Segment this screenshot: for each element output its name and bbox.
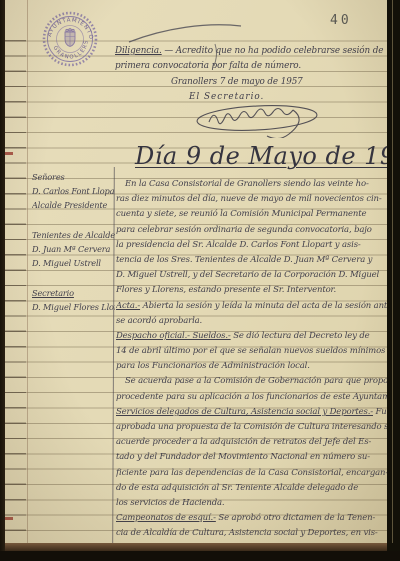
diligencia-dateline: Granollers 7 de mayo de 1957 <box>115 75 393 90</box>
session-date-heading: Día 9 de Mayo de 1957 <box>135 142 400 170</box>
section-label: Acta.- <box>116 301 140 311</box>
margin-rule-line <box>27 0 28 543</box>
body-line: ras diez minutos del día, nueve de mayo … <box>116 192 390 207</box>
body-line: Acta.- Abierta la sesión y leída la minu… <box>116 299 390 314</box>
margin-note-line: D. Miguel Ustrell <box>32 256 115 270</box>
line-text: do de esta adquisición al Sr. Teniente A… <box>116 483 358 493</box>
page-stack-edge <box>392 0 393 543</box>
body-line: Servicios delegados de Cultura, Asistenc… <box>116 405 390 420</box>
body-line: Despacho oficial.- Sueldos.- Se dió lect… <box>116 329 390 344</box>
red-edge-mark <box>4 152 13 155</box>
line-text: procedente para su aplicación a los func… <box>116 392 390 402</box>
scan-border-right <box>387 0 400 561</box>
section-label: Despacho oficial.- Sueldos.- <box>116 331 231 341</box>
seal-crest <box>65 29 75 47</box>
left-edge-line-ticks <box>5 26 26 541</box>
line-text: Abierta la sesión y leída la minuta del … <box>140 301 390 311</box>
secretary-signature <box>175 100 345 138</box>
line-text: Se acuerda pase a la Comisión de Goberna… <box>125 376 390 386</box>
line-text: para celebrar sesión ordinaria de segund… <box>116 225 372 235</box>
margin-text: D. Juan Mª Cervera <box>32 244 110 254</box>
margin-text: D. Carlos Font Llopart <box>32 186 115 196</box>
line-text: acuerde proceder a la adquisición de ret… <box>116 437 371 447</box>
body-line: acuerde proceder a la adquisición de ret… <box>116 435 390 450</box>
body-line: aprobada una propuesta de la Comisión de… <box>116 420 390 435</box>
diligencia-line-1: Diligencia. — Acredito que no ha podido … <box>115 44 393 59</box>
margin-note-line: D. Juan Mª Cervera <box>32 242 115 256</box>
body-line: la presidencia del Sr. Alcalde D. Carlos… <box>116 238 390 253</box>
scan-border-left <box>0 0 5 561</box>
line-text: D. Miguel Ustrell, y del Secretario de l… <box>116 270 379 280</box>
margin-note-line: D. Carlos Font Llopart <box>32 184 115 198</box>
minutes-body-column: En la Casa Consistorial de Granollers si… <box>116 177 390 542</box>
line-text: Flores y Llorens, estando presente el Sr… <box>116 285 336 295</box>
body-line: tado y del Fundador del Movimiento Nacio… <box>116 450 390 465</box>
margin-note-line: D. Miguel Flores Llorens <box>32 300 115 314</box>
red-edge-mark <box>4 517 13 520</box>
margin-note-line: Alcalde Presidente <box>32 198 115 212</box>
line-text: para los Funcionarios de Administración … <box>116 361 310 371</box>
diligencia-line-2: primera convocatoria por falta de número… <box>115 59 393 74</box>
margin-note-line: Señores <box>32 170 115 184</box>
municipal-seal-stamp-icon: AYUNTAMIENTO GRANOLLERS <box>41 10 99 68</box>
book-edge-bottom <box>5 543 387 551</box>
margin-text: Tenientes de Alcalde <box>32 230 115 240</box>
section-label: Campeonatos de esquí.- <box>116 513 216 523</box>
body-line: Se acuerda pase a la Comisión de Goberna… <box>116 374 390 389</box>
line-text: los servicios de Hacienda. <box>116 498 225 508</box>
page-number: 40 <box>330 13 352 28</box>
line-text: ras diez minutos del día, nueve de mayo … <box>116 194 382 204</box>
body-line: se acordó aprobarla. <box>116 314 390 329</box>
diligencia-text: — Acredito que no ha podido celebrarse s… <box>162 46 384 56</box>
line-text: En la Casa Consistorial de Granollers si… <box>125 179 369 189</box>
paper-sheet: AYUNTAMIENTO GRANOLLERS 40 Diligencia. —… <box>5 0 387 543</box>
attendees-margin-column: SeñoresD. Carlos Font LlopartAlcalde Pre… <box>32 170 115 314</box>
scanned-minutes-page: AYUNTAMIENTO GRANOLLERS 40 Diligencia. —… <box>0 0 400 561</box>
margin-underlined-label: Secretario <box>32 288 74 298</box>
body-line: do de esta adquisición al Sr. Teniente A… <box>116 481 390 496</box>
line-text: tencia de los Sres. Tenientes de Alcalde… <box>116 255 372 265</box>
body-line: tencia de los Sres. Tenientes de Alcalde… <box>116 253 390 268</box>
diligencia-label: Diligencia. <box>115 46 162 56</box>
margin-text: Alcalde Presidente <box>32 200 107 210</box>
body-line: los servicios de Hacienda. <box>116 496 390 511</box>
body-line: cia de Alcaldía de Cultura, Asistencia s… <box>116 526 390 541</box>
line-text: ficiente para las dependencias de la Cas… <box>116 468 388 478</box>
line-text: Se aprobó otro dictamen de la Tenen- <box>216 513 375 523</box>
body-line: para los Funcionarios de Administración … <box>116 359 390 374</box>
body-line: procedente para su aplicación a los func… <box>116 390 390 405</box>
section-label: Servicios delegados de Cultura, Asistenc… <box>116 407 373 417</box>
line-text: aprobada una propuesta de la Comisión de… <box>116 422 390 432</box>
line-text: se acordó aprobarla. <box>116 316 202 326</box>
body-line: 14 de abril último por el que se señalan… <box>116 344 390 359</box>
margin-text: D. Miguel Ustrell <box>32 258 101 268</box>
body-line: En la Casa Consistorial de Granollers si… <box>116 177 390 192</box>
margin-text: D. Miguel Flores Llorens <box>32 302 115 312</box>
line-text: cuenta y siete, se reunió la Comisión Mu… <box>116 209 366 219</box>
line-text: la presidencia del Sr. Alcalde D. Carlos… <box>116 240 361 250</box>
scan-border-bottom <box>0 551 400 561</box>
line-text: tado y del Fundador del Movimiento Nacio… <box>116 452 370 462</box>
margin-text: Señores <box>32 172 65 182</box>
line-text: Se dió lectura del Decreto ley de <box>231 331 370 341</box>
body-line: ficiente para las dependencias de la Cas… <box>116 466 390 481</box>
diligencia-note: Diligencia. — Acredito que no ha podido … <box>115 44 393 105</box>
body-line: para celebrar sesión ordinaria de segund… <box>116 223 390 238</box>
body-line: Flores y Llorens, estando presente el Sr… <box>116 283 390 298</box>
line-text: 14 de abril último por el que se señalan… <box>116 346 385 356</box>
body-line: D. Miguel Ustrell, y del Secretario de l… <box>116 268 390 283</box>
body-line: Campeonatos de esquí.- Se aprobó otro di… <box>116 511 390 526</box>
margin-note-line: Tenientes de Alcalde <box>32 228 115 242</box>
body-line: cuenta y siete, se reunió la Comisión Mu… <box>116 207 390 222</box>
line-text: cia de Alcaldía de Cultura, Asistencia s… <box>116 528 378 538</box>
margin-note-line: Secretario <box>32 286 115 300</box>
